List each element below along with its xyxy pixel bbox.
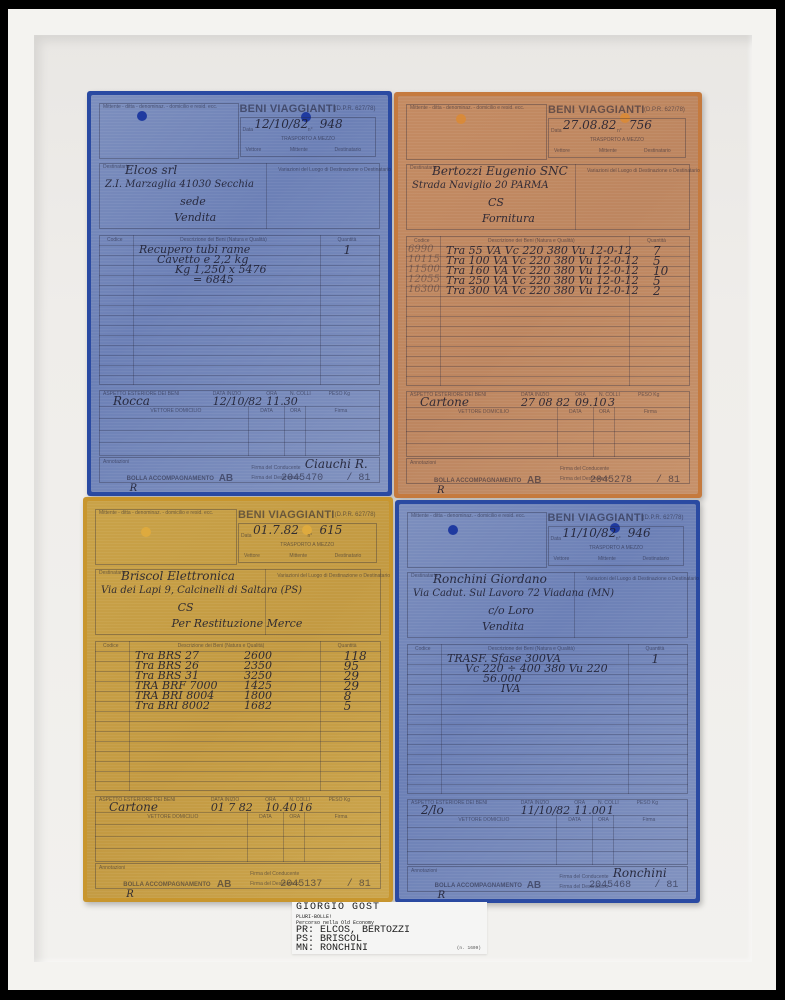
delivery-note-ronchini: Mittente - ditta - denominaz. - domicili… — [395, 500, 700, 903]
row-line — [406, 407, 690, 408]
row-line — [407, 714, 688, 715]
item-price: 1682 — [244, 699, 272, 712]
weight-label: PESO Kg — [638, 392, 659, 398]
date-value: 01.7.82 — [253, 523, 299, 537]
packages-label: N. COLLI — [290, 391, 311, 397]
row-line — [95, 751, 381, 752]
row-line — [407, 704, 688, 705]
series-code: AB — [217, 879, 231, 890]
transport-option: Destinatario — [643, 556, 670, 562]
transport-option: Mittente — [598, 556, 616, 562]
weight-label: PESO Kg — [637, 800, 658, 806]
sender-box — [95, 509, 237, 565]
code-col: Codice — [415, 646, 431, 652]
col-divider — [556, 815, 557, 865]
corner-mark: R — [126, 889, 134, 900]
dest-box-label: Variazioni del Luogo di Destinazione o D… — [277, 573, 390, 579]
transport-option: Destinatario — [335, 553, 362, 559]
row-line — [406, 306, 690, 307]
row-line — [406, 326, 690, 327]
notes-label: Annotazioni — [410, 460, 436, 466]
number-label: n° — [617, 128, 622, 134]
row-line — [95, 836, 381, 837]
serial-year: / 81 — [347, 879, 371, 890]
reason-value: Per Restituzione Merce — [172, 617, 303, 630]
item-desc: IVA — [501, 682, 521, 695]
notes-label: Annotazioni — [411, 868, 437, 874]
footer-label: BOLLA ACCOMPAGNAMENTO — [127, 476, 214, 482]
number-value: 756 — [629, 118, 652, 132]
transport-label: TRASPORTO A MEZZO — [589, 545, 643, 551]
notes-label: Annotazioni — [99, 865, 125, 871]
form-title: BENI VIAGGIANTI — [548, 512, 645, 524]
carrier-label: VETTORE DOMICILIO — [150, 408, 201, 414]
sender-box — [99, 103, 239, 159]
row-line — [406, 366, 690, 367]
corner-mark: R — [130, 483, 138, 494]
code-col: Codice — [107, 237, 123, 243]
row-line — [406, 336, 690, 337]
transport-option: Vettore — [244, 553, 260, 559]
date-value: 27.08.82 — [563, 118, 616, 132]
item-qty: 5 — [344, 699, 352, 713]
dest-box-label: Variazioni del Luogo di Destinazione o D… — [278, 167, 391, 173]
col-divider — [320, 235, 321, 385]
recipient-value: Briscol Elettronica — [121, 569, 235, 583]
row-line — [99, 345, 380, 346]
row-line — [407, 694, 688, 695]
col-divider — [247, 812, 248, 862]
item-code: 16300 — [408, 284, 440, 295]
corner-mark: R — [438, 890, 446, 901]
number-value: 948 — [320, 117, 343, 131]
item-qty: 2 — [653, 284, 661, 298]
sender-label: Mittente - ditta - denominaz. - domicili… — [99, 510, 213, 516]
form-paper: Mittente - ditta - denominaz. - domicili… — [398, 96, 698, 494]
sender-label: Mittente - ditta - denominaz. - domicili… — [410, 105, 524, 111]
row-line — [407, 744, 688, 745]
decree: (D.P.R. 627/78) — [644, 107, 685, 113]
weight-label: PESO Kg — [329, 391, 350, 397]
signature: Ciauchi R. — [305, 457, 368, 471]
row-line — [95, 731, 381, 732]
form-title: BENI VIAGGIANTI — [548, 104, 645, 116]
serial-number: 2045470 — [281, 473, 323, 484]
row-line — [406, 419, 690, 420]
row-line — [407, 827, 688, 828]
col-divider — [133, 235, 134, 385]
number-value: 946 — [628, 526, 651, 540]
reason-value: Fornitura — [482, 212, 535, 225]
date-label: Data — [242, 127, 253, 133]
row-line — [407, 754, 688, 755]
date-value: 11/10/82 — [562, 526, 616, 540]
serial-number: 2045468 — [589, 880, 631, 891]
number-value: 615 — [320, 523, 343, 537]
col-divider — [614, 407, 615, 457]
col-divider — [248, 406, 249, 456]
form-paper: Mittente - ditta - denominaz. - domicili… — [87, 501, 389, 898]
firma-col: Firma — [335, 814, 348, 820]
form-title: BENI VIAGGIANTI — [238, 509, 335, 521]
row-line — [99, 418, 380, 419]
row-line — [407, 774, 688, 775]
address-value: Z.I. Marzaglia 41030 Secchia — [105, 179, 254, 190]
driver-sig-label: Firma del Conducente — [560, 466, 609, 472]
date-label: Data — [550, 536, 561, 542]
divider — [266, 163, 267, 229]
row-line — [406, 356, 690, 357]
data-col: DATA — [259, 814, 272, 820]
row-line — [99, 325, 380, 326]
delivery-note-elcos: Mittente - ditta - denominaz. - domicili… — [87, 91, 392, 496]
driver-sig-label: Firma del Conducente — [251, 465, 300, 471]
sender-label: Mittente - ditta - denominaz. - domicili… — [411, 513, 525, 519]
row-line — [407, 764, 688, 765]
decree: (D.P.R. 627/78) — [335, 106, 376, 112]
driver-sig-label: Firma del Conducente — [250, 871, 299, 877]
row-line — [95, 721, 381, 722]
divider — [575, 164, 576, 230]
decree: (D.P.R. 627/78) — [335, 512, 376, 518]
row-line — [99, 355, 380, 356]
transport-label: TRASPORTO A MEZZO — [590, 137, 644, 143]
row-line — [95, 781, 381, 782]
row-line — [406, 316, 690, 317]
label-mn: MN: RONCHINI — [296, 943, 368, 954]
row-line — [99, 406, 380, 407]
footer-label: BOLLA ACCOMPAGNAMENTO — [434, 478, 521, 484]
transport-option: Mittente — [290, 147, 308, 153]
destination-value: sede — [180, 195, 206, 208]
dest-box-label: Variazioni del Luogo di Destinazione o D… — [586, 576, 699, 582]
transport-option: Destinatario — [335, 147, 362, 153]
data-col: DATA — [260, 408, 273, 414]
signature: Ronchini — [613, 866, 667, 880]
col-divider — [305, 406, 306, 456]
data-col: DATA — [569, 409, 582, 415]
inventory-number: (n. 1609) — [457, 946, 481, 951]
col-divider — [613, 815, 614, 865]
weight-label: PESO Kg — [329, 797, 350, 803]
delivery-note-briscol: Mittente - ditta - denominaz. - domicili… — [83, 497, 393, 902]
dest-box-label: Variazioni del Luogo di Destinazione o D… — [587, 168, 700, 174]
row-line — [95, 761, 381, 762]
address-value: Strada Naviglio 20 PARMA — [412, 180, 549, 191]
series-code: AB — [219, 473, 233, 484]
number-label: n° — [308, 127, 313, 133]
col-divider — [284, 406, 285, 456]
number-label: n° — [307, 533, 312, 539]
row-line — [407, 784, 688, 785]
destination-value: CS — [178, 601, 194, 614]
col-divider — [628, 644, 629, 794]
row-line — [95, 741, 381, 742]
notes-label: Annotazioni — [103, 459, 129, 465]
transport-label: TRASPORTO A MEZZO — [280, 542, 334, 548]
form-title: BENI VIAGGIANTI — [240, 103, 337, 115]
row-line — [99, 295, 380, 296]
number-label: n° — [616, 536, 621, 542]
ora-col: ORA — [289, 814, 300, 820]
form-paper: Mittente - ditta - denominaz. - domicili… — [91, 95, 388, 492]
row-line — [406, 376, 690, 377]
serial-year: / 81 — [654, 880, 678, 891]
col-divider — [557, 407, 558, 457]
row-line — [95, 824, 381, 825]
series-code: AB — [527, 475, 541, 486]
row-line — [99, 315, 380, 316]
row-line — [99, 285, 380, 286]
col-divider — [320, 641, 321, 791]
date-label: Data — [551, 128, 562, 134]
carrier-label: VETTORE DOMICILIO — [458, 409, 509, 415]
transport-label: TRASPORTO A MEZZO — [281, 136, 335, 142]
footer-label: BOLLA ACCOMPAGNAMENTO — [435, 883, 522, 889]
transport-option: Vettore — [554, 148, 570, 154]
transport-option: Vettore — [553, 556, 569, 562]
serial-year: / 81 — [346, 473, 370, 484]
address-value: Via dei Lapi 9, Calcinelli di Saltara (P… — [101, 585, 302, 596]
data-col: DATA — [568, 817, 581, 823]
carrier-label: VETTORE DOMICILIO — [458, 817, 509, 823]
date-label: Data — [241, 533, 252, 539]
item-desc: Tra 300 VA Vc 220 380 Vu 12-0-12 — [446, 284, 639, 297]
address-value: Via Cadut. Sul Lavoro 72 Viadana (MN) — [413, 588, 614, 599]
row-line — [95, 812, 381, 813]
reason-value: Vendita — [482, 620, 524, 633]
col-divider — [440, 236, 441, 386]
divider — [574, 572, 575, 638]
code-col: Codice — [103, 643, 119, 649]
museum-label: GIORGIO GOST PLURI-BOLLE! Percorso nella… — [292, 902, 487, 954]
row-line — [406, 431, 690, 432]
row-line — [406, 346, 690, 347]
row-line — [95, 771, 381, 772]
row-line — [99, 305, 380, 306]
row-line — [99, 430, 380, 431]
ora-col: ORA — [599, 409, 610, 415]
serial-number: 2045137 — [280, 879, 322, 890]
ora-col: ORA — [290, 408, 301, 414]
row-line — [406, 443, 690, 444]
form-paper: Mittente - ditta - denominaz. - domicili… — [399, 504, 696, 899]
recipient-value: Bertozzi Eugenio SNC — [432, 164, 568, 178]
destination-value: CS — [488, 196, 504, 209]
series-code: AB — [527, 880, 541, 891]
row-line — [407, 734, 688, 735]
sender-label: Mittente - ditta - denominaz. - domicili… — [103, 104, 217, 110]
firma-col: Firma — [335, 408, 348, 414]
sender-box — [407, 512, 547, 568]
footer-label: BOLLA ACCOMPAGNAMENTO — [123, 882, 210, 888]
row-line — [95, 848, 381, 849]
row-line — [99, 375, 380, 376]
row-line — [99, 365, 380, 366]
destination-value: c/o Loro — [488, 604, 534, 617]
item-qty: 1 — [343, 243, 351, 257]
row-line — [407, 815, 688, 816]
recipient-value: Elcos srl — [125, 163, 177, 177]
corner-mark: R — [437, 485, 445, 496]
item-qty: 1 — [651, 652, 659, 666]
item-desc: Tra BRI 8002 — [135, 699, 210, 712]
serial-year: / 81 — [656, 475, 680, 486]
row-line — [99, 442, 380, 443]
firma-col: Firma — [644, 409, 657, 415]
col-divider — [441, 644, 442, 794]
transport-option: Mittente — [289, 553, 307, 559]
ora-col: ORA — [598, 817, 609, 823]
delivery-note-bertozzi: Mittente - ditta - denominaz. - domicili… — [394, 92, 702, 498]
serial-number: 2045278 — [590, 475, 632, 486]
carrier-label: VETTORE DOMICILIO — [147, 814, 198, 820]
col-divider — [304, 812, 305, 862]
reason-value: Vendita — [174, 211, 216, 224]
item-desc: = 6845 — [193, 273, 234, 286]
row-line — [407, 839, 688, 840]
artist-name: GIORGIO GOST — [296, 902, 380, 913]
row-line — [407, 724, 688, 725]
col-divider — [129, 641, 130, 791]
decree: (D.P.R. 627/78) — [643, 515, 684, 521]
sender-box — [406, 104, 547, 160]
transport-option: Mittente — [599, 148, 617, 154]
col-divider — [283, 812, 284, 862]
row-line — [407, 684, 688, 685]
row-line — [99, 335, 380, 336]
col-divider — [592, 815, 593, 865]
transport-option: Destinatario — [644, 148, 671, 154]
firma-col: Firma — [643, 817, 656, 823]
date-value: 12/10/82 — [254, 117, 308, 131]
col-divider — [593, 407, 594, 457]
transport-option: Vettore — [245, 147, 261, 153]
recipient-value: Ronchini Giordano — [433, 572, 547, 586]
row-line — [407, 851, 688, 852]
